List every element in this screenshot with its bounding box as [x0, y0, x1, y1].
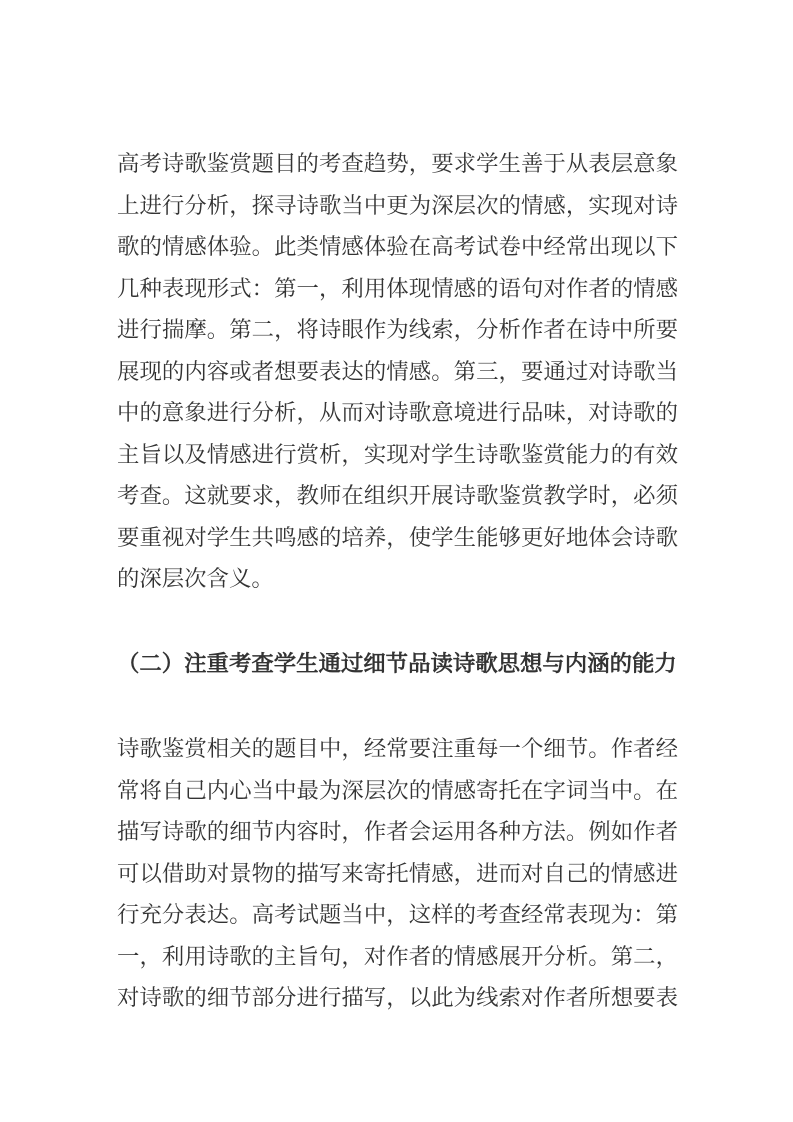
text-line: 行充分表达。高考试题当中，这样的考查经常表现为：第	[117, 894, 678, 936]
paragraph-exam-trend: 高考诗歌鉴赏题目的考查趋势，要求学生善于从表层意象上进行分析，探寻诗歌当中更为深…	[117, 143, 678, 600]
text-line: 上进行分析，探寻诗歌当中更为深层次的情感，实现对诗	[117, 185, 678, 227]
document-page: 高考诗歌鉴赏题目的考查趋势，要求学生善于从表层意象上进行分析，探寻诗歌当中更为深…	[0, 0, 793, 1122]
text-line: 歌的情感体验。此类情感体验在高考试卷中经常出现以下	[117, 226, 678, 268]
text-line: 进行揣摩。第二，将诗眼作为线索，分析作者在诗中所要	[117, 309, 678, 351]
text-line: 对诗歌的细节部分进行描写，以此为线索对作者所想要表	[117, 977, 678, 1019]
section-heading: （二）注重考查学生通过细节品读诗歌思想与内涵的能力	[117, 643, 678, 685]
text-line: 诗歌鉴赏相关的题目中，经常要注重每一个细节。作者经	[117, 728, 678, 770]
text-line: 高考诗歌鉴赏题目的考查趋势，要求学生善于从表层意象	[117, 143, 678, 185]
text-line: 常将自己内心当中最为深层次的情感寄托在字词当中。在	[117, 770, 678, 812]
text-line: 一，利用诗歌的主旨句，对作者的情感展开分析。第二，	[117, 936, 678, 978]
text-line: 主旨以及情感进行赏析，实现对学生诗歌鉴赏能力的有效	[117, 434, 678, 476]
text-line: 考查。这就要求，教师在组织开展诗歌鉴赏教学时，必须	[117, 475, 678, 517]
text-line: 展现的内容或者想要表达的情感。第三，要通过对诗歌当	[117, 351, 678, 393]
text-line: 的深层次含义。	[117, 558, 678, 600]
text-line: 可以借助对景物的描写来寄托情感，进而对自己的情感进	[117, 853, 678, 895]
text-line: 几种表现形式：第一，利用体现情感的语句对作者的情感	[117, 268, 678, 310]
paragraph-detail-reading: 诗歌鉴赏相关的题目中，经常要注重每一个细节。作者经常将自己内心当中最为深层次的情…	[117, 728, 678, 1019]
text-line: 要重视对学生共鸣感的培养，使学生能够更好地体会诗歌	[117, 517, 678, 559]
text-line: 描写诗歌的细节内容时，作者会运用各种方法。例如作者	[117, 811, 678, 853]
article-text-block: 高考诗歌鉴赏题目的考查趋势，要求学生善于从表层意象上进行分析，探寻诗歌当中更为深…	[117, 143, 678, 1019]
text-line: 中的意象进行分析，从而对诗歌意境进行品味，对诗歌的	[117, 392, 678, 434]
